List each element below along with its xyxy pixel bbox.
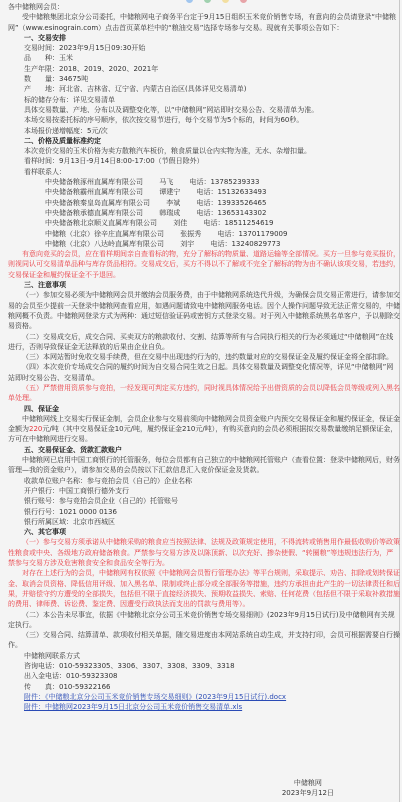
- notice-item-5: （五）严禁借用资质参与竞拍，一经发现可判定买方违约，同时视具体情况给予出借资质的…: [8, 383, 400, 404]
- other-item-2: （二）本公告未尽事宜，依据《中储粮北京分公司玉米竞价销售专场交易细则》(2023…: [8, 610, 400, 631]
- notice-item-2: （二）交易成交后，成交合同、买卖双方的粮款收付、交割、结算等所有与合同执行相关的…: [8, 332, 400, 353]
- intro-paragraph: 受中储粮集团北京分公司委托，中储粮网电子商务平台定于9月15日组织玉米竞价销售专…: [8, 12, 400, 33]
- bank-name: 开户银行：中国工商银行德外支行: [8, 486, 400, 496]
- other-item-1b: 对存在上述行为的会员，中储粮网有权依照《中储粮网会员暂行管理办法》等平台规则，采…: [8, 568, 400, 609]
- section2-title: 二、价格及质量标准约定: [8, 136, 400, 146]
- trade-detail: 具体交易数量、产地、分布以及调整变化等，以“中储粮网”网站即时交易公告、交易清单…: [8, 105, 400, 115]
- contact-row: 中央储备粮涿州直属库有限公司 马飞 电话：13785239333: [8, 177, 400, 187]
- account-name: 收款单位账户名称：参与竞拍会员（自己的）企业名称: [8, 476, 400, 486]
- consult-phone: 咨询电话：010-59323305、3306、3307、3308、3309、33…: [8, 661, 400, 671]
- variety: 品 种：玉米: [8, 53, 400, 63]
- greeting: 各中储粮网会员：: [8, 2, 400, 12]
- notice-item-4: （四）本次竞价专场成交合同的履约时间为自交易合同生效之日起。具体交易数量及调整变…: [8, 362, 400, 383]
- production-years: 生产年限：2018、2019、2020、2021年: [8, 64, 400, 74]
- signature: 中储粮网 2023年9月12日: [282, 778, 334, 798]
- notice-item-3: （三）本网站暂时免收交易手续费，但在交易中出现违约行为的，违约数量对应的交易保证…: [8, 352, 400, 362]
- contact-title: 中储粮网联系方式: [8, 651, 400, 661]
- section5-title: 五、交易保证金、货款汇款账户: [8, 445, 400, 455]
- notice-item-1: （一）参加交易必须为中储粮网会员并缴纳会员服务费，由于中储粮网系统迭代升级，为确…: [8, 290, 400, 331]
- bank-code: 银行行号：1021 0000 0136: [8, 507, 400, 517]
- trade-order: 本场交易按委托标的序号顺序，依次按交易节进行，每个交易节为5个标的，时间为60秒…: [8, 115, 400, 125]
- bank-region: 银行所属区域：北京市西城区: [8, 517, 400, 527]
- announcement-document: 各中储粮网会员： 受中储粮集团北京分公司委托，中储粮网电子商务平台定于9月15日…: [0, 2, 400, 712]
- deposit-amount: 220: [29, 425, 42, 433]
- deposit-paragraph: 中储粮网线上交易实行保证金制，会员企业参与交易前须向中储粮网会员资金账户内预交交…: [8, 414, 400, 445]
- contact-row: 中央储备粮承德直属库有限公司 韩瑞成 电话：13653143302: [8, 208, 400, 218]
- viewing-warning: 有意向竞买的会员，应在看样期间亲自查看标的物，充分了解标的物质量、道路运输等全部…: [8, 249, 400, 280]
- quantity: 数 量：34675吨: [8, 74, 400, 84]
- section1-title: 一、交易安排: [8, 33, 400, 43]
- section3-title: 三、注意事项: [8, 280, 400, 290]
- origin: 产 地：河北省、吉林省、辽宁省、内蒙古自治区(具体详见交易清单): [8, 84, 400, 94]
- contact-row: 中储粮（北京）八达岭直属库有限公司 刘宇 电话：13240829773: [8, 239, 400, 249]
- price-terms: 本次竞价交易的玉米价格为卖方散粮汽车板价，粮食质量以仓内实物为准，无水、杂增扣量…: [8, 146, 400, 156]
- other-item-1: （一）参与交易方须承诺从中储粮采购的粮食应当按照法律、法规及政策规定使用，不得流…: [8, 537, 400, 568]
- account-number: 银行账号：参与竞拍会员企业（自己的）托管账号: [8, 496, 400, 506]
- attachment-link-rules[interactable]: 附件：《中储粮北京分公司玉米竞价销售专场交易细则》(2023年9月15日试行).…: [24, 693, 286, 701]
- contact-row: 中央储备粮霸州直属库有限公司 谭建宁 电话：15132633493: [8, 187, 400, 197]
- attachment-link-list[interactable]: 附件：中储粮网2023年9月15日北京分公司玉米竞价销售交易清单.xls: [24, 703, 242, 711]
- contact-row: 中央储备粮北京顺义直属库有限公司 刘佳 电话：18511254619: [8, 218, 400, 228]
- viewing-time: 看样时间：9月13日-9月14日8:00-17:00（节假日除外）: [8, 156, 400, 166]
- contacts-label: 看样联系人：: [8, 167, 400, 177]
- fax: 传 真：010-59322166: [8, 682, 400, 692]
- escrow-paragraph: 中储粮网已启用中国工商银行的托管服务，每位会员都有自己独立的中储粮网托管账户（查…: [8, 455, 400, 476]
- signature-date: 2023年9月12日: [282, 788, 334, 798]
- section6-title: 六、其它事项: [8, 527, 400, 537]
- storage-distribution: 标的储存分布：详见交易清单: [8, 95, 400, 105]
- funds-phone: 出入金电话：010-59323308: [8, 671, 400, 681]
- signature-org: 中储粮网: [282, 778, 334, 788]
- other-item-3: （三）交易合同、结算清单、款项收付相关单据，随交易进度由本网站系统自动生成，并支…: [8, 630, 400, 651]
- section4-title: 四、保证金: [8, 404, 400, 414]
- contact-row: 中储粮（北京）徐辛庄直属库有限公司 张振秀 电话：13701179009: [8, 229, 400, 239]
- bid-increment: 本场报价递增幅度：5元/次: [8, 126, 400, 136]
- trade-time: 交易时间：2023年9月15日09:30开始: [8, 43, 400, 53]
- contact-row: 中央储备粮秦皇岛直属库有限公司 李斌 电话：13933526465: [8, 198, 400, 208]
